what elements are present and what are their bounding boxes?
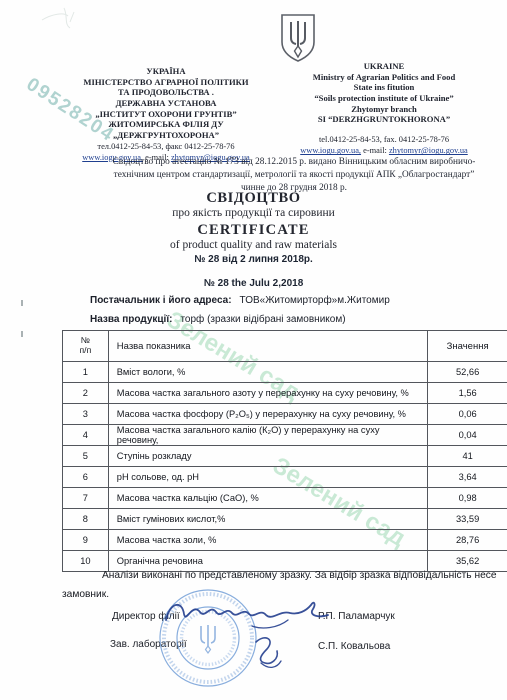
branch-line-en: Zhytomyr branch (266, 104, 502, 115)
row-value: 41 (428, 446, 507, 467)
branch-line: ЖИТОМИРСЬКА ФІЛІЯ ДУ (46, 119, 286, 130)
scan-edge-artifact (21, 331, 23, 337)
attestation-line: технічним центром стандартизації, метрол… (88, 169, 500, 182)
org-block-ukrainian: УКРАЇНА МІНІСТЕРСТВО АГРАРНОЇ ПОЛІТИКИ Т… (46, 66, 286, 163)
row-num: 6 (63, 467, 109, 488)
row-name: Вміст вологи, % (108, 362, 428, 383)
row-name: Масова частка загального калію (К₂О) у п… (108, 425, 428, 446)
subtitle-ua: про якість продукції та сировини (0, 207, 507, 221)
product-label: Назва продукції: (90, 314, 172, 325)
row-num: 5 (63, 446, 109, 467)
row-num: 1 (63, 362, 109, 383)
analysis-note-line1: Аналізи виконані по представленому зразк… (62, 570, 502, 581)
row-name: Масова частка фосфору (Р₂О₅) у перерахун… (108, 404, 428, 425)
results-table: №п/п Назва показника Значення 1Вміст вол… (62, 330, 507, 572)
certificate-page: 09528204 Зелений сад Зелений сад УКРАЇНА… (0, 0, 507, 700)
institution-line: ДЕРЖАВНА УСТАНОВА (46, 98, 286, 109)
row-value: 0,98 (428, 488, 507, 509)
branch-line-en: SI “DERZHGRUNTOKHORONA” (266, 114, 502, 125)
country-name-en: UKRAINE (266, 61, 502, 72)
table-row: 10Органічна речовина35,62 (63, 551, 507, 572)
row-value: 1,56 (428, 383, 507, 404)
institution-line: „ІНСТИТУТ ОХОРОНИ ГРУНТІВ” (46, 109, 286, 120)
col-header-name: Назва показника (108, 331, 428, 362)
phone-fax-ua: тел.0412-25-84-53, факс 0412-25-78-76 (46, 142, 286, 152)
institution-line-en: “Soils protection institute of Ukraine” (266, 93, 502, 104)
row-num: 7 (63, 488, 109, 509)
row-value: 52,66 (428, 362, 507, 383)
row-name: Масова частка золи, % (108, 530, 428, 551)
table-row: 1Вміст вологи, %52,66 (63, 362, 507, 383)
ministry-line: МІНІСТЕРСТВО АГРАРНОЇ ПОЛІТИКИ (46, 77, 286, 88)
row-value: 33,59 (428, 509, 507, 530)
row-value: 3,64 (428, 467, 507, 488)
row-value: 0,04 (428, 425, 507, 446)
ministry-line: ТА ПРОДОВОЛЬСТВА . (46, 87, 286, 98)
attestation-line: Свідоцтво про атестацію № 173 від 28.12.… (88, 156, 500, 169)
org-block-english: UKRAINE Ministry of Agrarian Politics an… (266, 61, 502, 157)
pen-scribble-mark (34, 2, 104, 36)
row-name: Масова частка кальцію (СаО), % (108, 488, 428, 509)
ministry-line-en: Ministry of Agrarian Politics and Food (266, 72, 502, 83)
row-value: 0,06 (428, 404, 507, 425)
phone-fax-en: tel.0412-25-84-53, fax. 0412-25-78-76 (266, 135, 502, 145)
title-ua: СВІДОЦТВО (0, 191, 507, 206)
certificate-number-en: № 28 the Julu 2,2018 (0, 278, 507, 289)
email-label: e-mail: (363, 146, 387, 155)
table-row: 7Масова частка кальцію (СаО), %0,98 (63, 488, 507, 509)
row-name: Вміст гумінових кислот,% (108, 509, 428, 530)
supplier-line: Постачальник і його адреса:ТОВ«Житомирто… (90, 295, 390, 306)
scan-edge-artifact (21, 300, 23, 306)
row-value: 35,62 (428, 551, 507, 572)
ukraine-trident-icon (277, 13, 319, 65)
row-num: 3 (63, 404, 109, 425)
row-num: 2 (63, 383, 109, 404)
email-link[interactable]: zhytomyr@iogu.gov.ua (389, 146, 468, 155)
attestation-paragraph: Свідоцтво про атестацію № 173 від 28.12.… (88, 156, 500, 194)
certificate-number-ua: № 28 від 2 липня 2018р. (0, 254, 507, 265)
title-en: CERTIFICATE (0, 223, 507, 238)
subtitle-en: of product quality and raw materials (0, 239, 507, 253)
row-num: 10 (63, 551, 109, 572)
country-name-ua: УКРАЇНА (46, 66, 286, 77)
signature-ink (140, 590, 380, 680)
table-header-row: №п/п Назва показника Значення (63, 331, 507, 362)
row-name: Ступінь розкладу (108, 446, 428, 467)
row-num: 8 (63, 509, 109, 530)
table-row: 4Масова частка загального калію (К₂О) у … (63, 425, 507, 446)
table-row: 5Ступінь розкладу41 (63, 446, 507, 467)
row-name: Масова частка загального азоту у перерах… (108, 383, 428, 404)
product-value: торф (зразки відібрані замовником) (180, 314, 345, 325)
product-line: Назва продукції:торф (зразки відібрані з… (90, 314, 346, 325)
branch-line: „ДЕРЖГРУНТОХОРОНА” (46, 130, 286, 141)
row-name: рН сольове, од. рН (108, 467, 428, 488)
table-row: 9Масова частка золи, %28,76 (63, 530, 507, 551)
institution-line-en: State ins fitution (266, 82, 502, 93)
col-header-num: №п/п (63, 331, 109, 362)
table-row: 3Масова частка фосфору (Р₂О₅) у перераху… (63, 404, 507, 425)
table-row: 8Вміст гумінових кислот,%33,59 (63, 509, 507, 530)
col-header-value: Значення (428, 331, 507, 362)
supplier-label: Постачальник і його адреса: (90, 295, 232, 306)
row-num: 4 (63, 425, 109, 446)
row-name: Органічна речовина (108, 551, 428, 572)
row-num: 9 (63, 530, 109, 551)
website-link[interactable]: www.iogu.gov.ua, (300, 146, 361, 155)
table-row: 6рН сольове, од. рН3,64 (63, 467, 507, 488)
supplier-value: ТОВ«Житомирторф»м.Житомир (240, 295, 390, 306)
document-title-block: СВІДОЦТВО про якість продукції та сирови… (0, 191, 507, 255)
row-value: 28,76 (428, 530, 507, 551)
table-row: 2Масова частка загального азоту у перера… (63, 383, 507, 404)
